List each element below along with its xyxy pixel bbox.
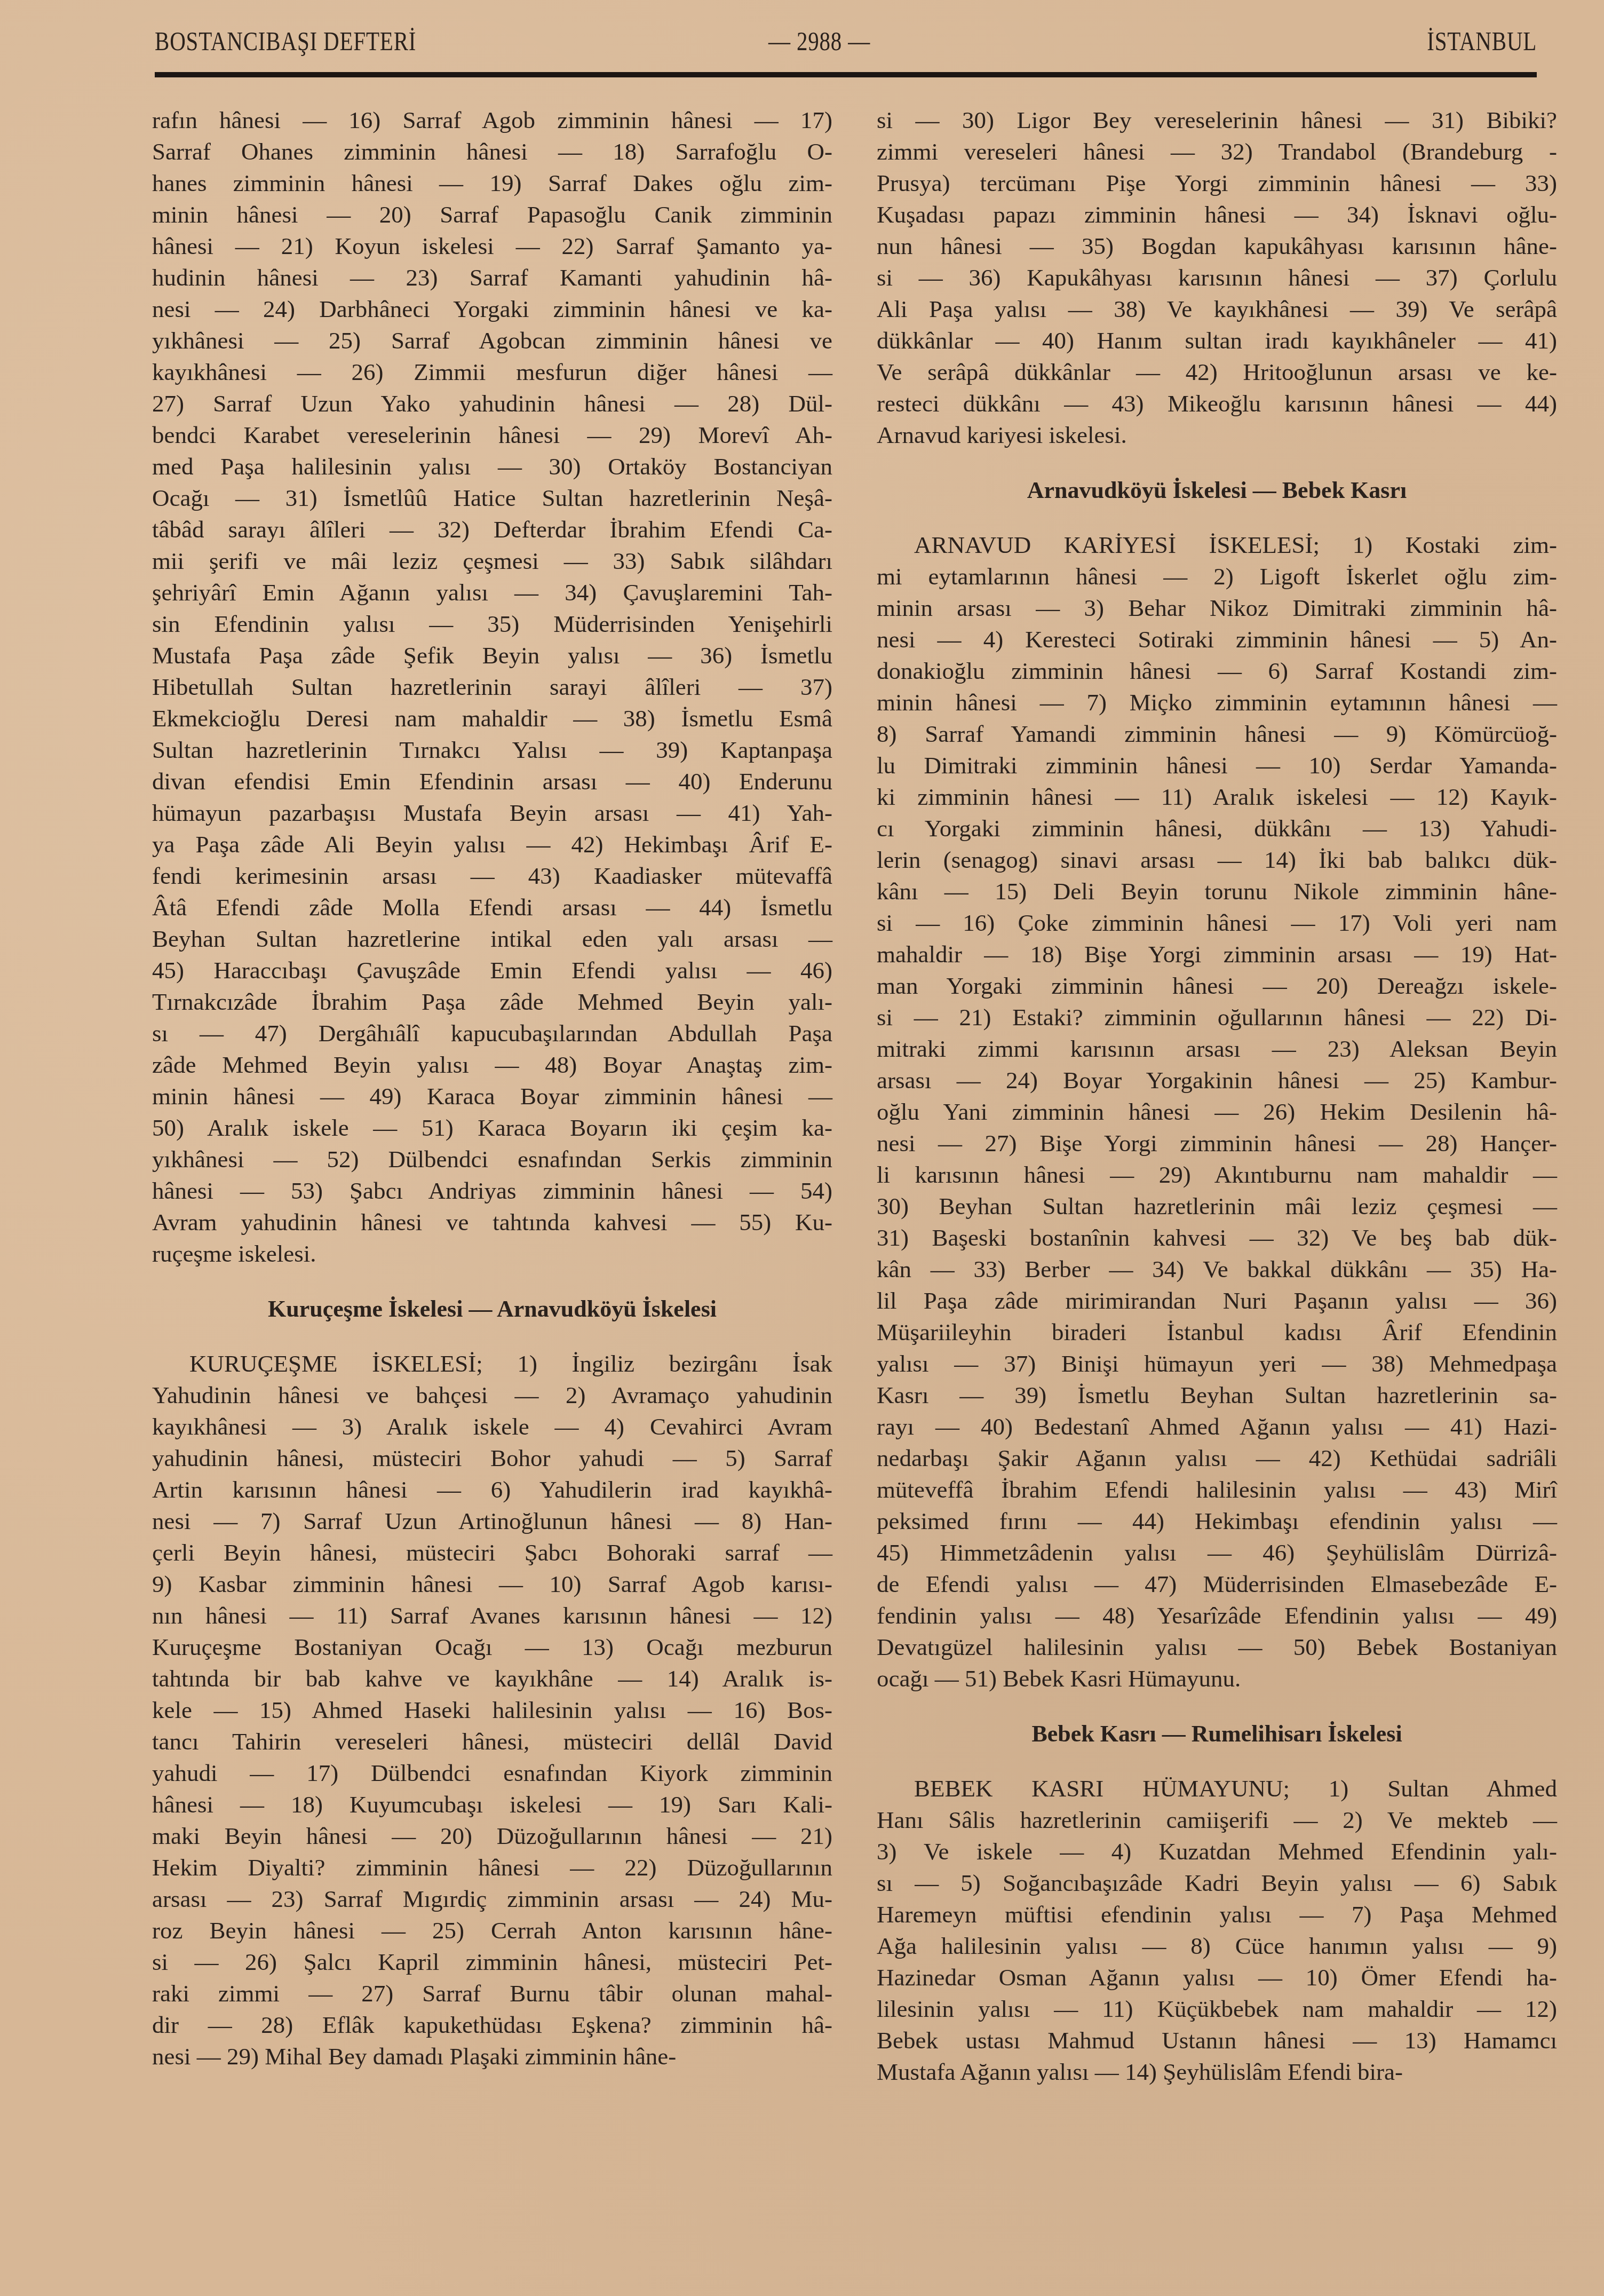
text-line: Prusya) tercümanı Pişe Yorgi zimminin hâ… [877,168,1557,199]
text-line: si — 21) Estaki? zimminin oğullarının hâ… [877,1002,1557,1033]
text-line: minin hânesi — 49) Karaca Boyar zimminin… [152,1081,832,1112]
text-line: man Yorgaki zimminin hânesi — 20) Dereağ… [877,970,1557,1002]
section-heading-arnavudkoyu-bebek: Arnavudköyü İskelesi — Bebek Kasrı [877,474,1557,506]
text-line: nesi — 24) Darbhâneci Yorgaki zimminin h… [152,294,832,325]
text-line: nesi — 27) Bişe Yorgi zimminin hânesi — … [877,1128,1557,1159]
text-line: nesi — 4) Keresteci Sotiraki zimminin hâ… [877,624,1557,655]
text-line: BEBEK KASRI HÜMAYUNU; 1) Sultan Ahmed [877,1773,1557,1804]
text-line: Beyhan Sultan hazretlerine intikal eden … [152,923,832,955]
text-line: li karısının hânesi — 29) Akıntıburnu na… [877,1159,1557,1191]
text-line: hânesi — 21) Koyun iskelesi — 22) Sarraf… [152,231,832,262]
text-line: Ocağı — 31) İsmetlûû Hatice Sultan hazre… [152,482,832,514]
text-line: resteci dükkânı — 43) Mikeoğlu karısının… [877,388,1557,419]
text-line: arsası — 24) Boyar Yorgakinin hânesi — 2… [877,1065,1557,1096]
text-line: 45) Haraccıbaşı Çavuşzâde Emin Efendi ya… [152,955,832,986]
text-line: KURUÇEŞME İSKELESİ; 1) İngiliz bezirgânı… [152,1348,832,1380]
text-line: Hibetullah Sultan hazretlerinin sarayi â… [152,671,832,703]
text-line: Mustafa Ağanın yalısı — 14) Şeyhülislâm … [877,2056,1557,2088]
text-line: yalısı — 37) Binişi hümayun yeri — 38) M… [877,1348,1557,1380]
text-line: yıkhânesi — 25) Sarraf Agobcan zimminin … [152,325,832,357]
text-line: Avram yahudinin hânesi ve tahtında kahve… [152,1207,832,1238]
text-line: Ve serâpâ dükkânlar — 42) Hritooğlunun a… [877,357,1557,388]
text-line: dükkânlar — 40) Hanım sultan iradı kayık… [877,325,1557,357]
text-line: minin hânesi — 20) Sarraf Papasoğlu Cani… [152,199,832,231]
text-line: 9) Kasbar zimminin hânesi — 10) Sarraf A… [152,1569,832,1600]
book-title: BOSTANCIBAŞI DEFTERİ [155,26,416,57]
text-line: Tırnakcızâde İbrahim Paşa zâde Mehmed Be… [152,986,832,1018]
text-line: Mustafa Paşa zâde Şefik Beyin yalısı — 3… [152,640,832,671]
text-line: Âtâ Efendi zâde Molla Efendi arsası — 44… [152,892,832,923]
text-line: nun hânesi — 35) Bogdan kapukâhyası karı… [877,231,1557,262]
text-line: kânı — 15) Deli Beyin torunu Nikole zimm… [877,876,1557,907]
text-line: 31) Başeski bostanînin kahvesi — 32) Ve … [877,1222,1557,1254]
text-line: oğlu Yani zimminin hânesi — 26) Hekim De… [877,1096,1557,1128]
running-header: BOSTANCIBAŞI DEFTERİ — 2988 — İSTANBUL [155,26,1537,68]
text-line: lu Dimitraki zimminin hânesi — 10) Serda… [877,750,1557,781]
text-line: mitraki zimmi karısının arsası — 23) Ale… [877,1033,1557,1065]
text-line: si — 36) Kapukâhyası karısının hânesi — … [877,262,1557,294]
text-line: ARNAVUD KARİYESİ İSKELESİ; 1) Kostaki zi… [877,529,1557,561]
text-line: rayı — 40) Bedestanî Ahmed Ağanın yalısı… [877,1411,1557,1443]
text-line: kayıkhânesi — 26) Zimmii mesfurun diğer … [152,357,832,388]
text-line: çerli Beyin hânesi, müsteciri Şabcı Boho… [152,1537,832,1569]
text-line: nesi — 7) Sarraf Uzun Artinoğlunun hânes… [152,1506,832,1537]
text-line: Sultan hazretlerinin Tırnakcı Yalısı — 3… [152,734,832,766]
text-line: si — 16) Çoke zimminin hânesi — 17) Voli… [877,907,1557,939]
text-line: 30) Beyhan Sultan hazretlerinin mâi lezi… [877,1191,1557,1222]
text-line: arsası — 23) Sarraf Mıgırdiç zimminin ar… [152,1883,832,1915]
text-line: Devatıgüzel halilesinin yalısı — 50) Beb… [877,1632,1557,1663]
text-line: peksimed fırını — 44) Hekimbaşı efendini… [877,1506,1557,1537]
text-line: roz Beyin hânesi — 25) Cerrah Anton karı… [152,1915,832,1946]
text-line: yahudinin hânesi, müsteciri Bohor yahudi… [152,1443,832,1474]
text-line: nesi — 29) Mihal Bey damadı Plaşaki zimm… [152,2041,832,2072]
text-line: hânesi — 18) Kuyumcubaşı iskelesi — 19) … [152,1789,832,1820]
text-line: hudinin hânesi — 23) Sarraf Kamanti yahu… [152,262,832,294]
text-line: müteveffâ İbrahim Efendi halilesinin yal… [877,1474,1557,1506]
text-line: 50) Aralık iskele — 51) Karaca Boyarın i… [152,1112,832,1144]
text-line: Bebek ustası Mahmud Ustanın hânesi — 13)… [877,2025,1557,2056]
text-line: maki Beyin hânesi — 20) Düzoğullarının h… [152,1820,832,1852]
text-line: Arnavud kariyesi iskelesi. [877,419,1557,451]
text-line: 45) Himmetzâdenin yalısı — 46) Şeyhülisl… [877,1537,1557,1569]
text-line: donakioğlu zimminin hânesi — 6) Sarraf K… [877,655,1557,687]
text-line: dir — 28) Eflâk kapukethüdası Eşkena? zi… [152,2009,832,2041]
text-line: mii şerifi ve mâi leziz çeşmesi — 33) Sa… [152,545,832,577]
text-line: nedarbaşı Şakir Ağanın yalısı — 42) Keth… [877,1443,1557,1474]
text-line: sı — 5) Soğancıbaşızâde Kadri Beyin yalı… [877,1867,1557,1899]
text-line: fendi kerimesinin arsası — 43) Kaadiaske… [152,860,832,892]
text-line: 8) Sarraf Yamandi zimminin hânesi — 9) K… [877,718,1557,750]
left-column: rafın hânesi — 16) Sarraf Agob zimminin … [152,105,832,2072]
section-heading-bebek-rumelihisari: Bebek Kasrı — Rumelihisarı İskelesi [877,1718,1557,1749]
text-line: lil Paşa zâde mirimirandan Nuri Paşanın … [877,1285,1557,1317]
text-line: Yahudinin hânesi ve bahçesi — 2) Avramaç… [152,1380,832,1411]
text-line: kân — 33) Berber — 34) Ve bakkal dükkânı… [877,1254,1557,1285]
text-line: hânesi — 53) Şabcı Andriyas zimminin hân… [152,1175,832,1207]
text-line: tahtında bir bab kahve ve kayıkhâne — 14… [152,1663,832,1695]
text-line: Müşariileyhin biraderi İstanbul kadısı Â… [877,1317,1557,1348]
text-line: bendci Karabet vereselerinin hânesi — 29… [152,419,832,451]
text-line: Artin karısının hânesi — 6) Yahudilerin … [152,1474,832,1506]
text-line: rafın hânesi — 16) Sarraf Agob zimminin … [152,105,832,136]
text-line: 27) Sarraf Uzun Yako yahudinin hânesi — … [152,388,832,419]
text-line: nın hânesi — 11) Sarraf Avanes karısının… [152,1600,832,1632]
text-line: ruçeşme iskelesi. [152,1238,832,1270]
text-line: 3) Ve iskele — 4) Kuzatdan Mehmed Efendi… [877,1836,1557,1867]
text-line: si — 30) Ligor Bey vereselerinin hânesi … [877,105,1557,136]
text-line: si — 26) Şalcı Kapril zimminin hânesi, m… [152,1946,832,1978]
text-line: Kuşadası papazı zimminin hânesi — 34) İs… [877,199,1557,231]
text-line: kayıkhânesi — 3) Aralık iskele — 4) Ceva… [152,1411,832,1443]
header-rule [155,72,1537,77]
text-line: Kuruçeşme Bostaniyan Ocağı — 13) Ocağı m… [152,1632,832,1663]
text-line: Sarraf Ohanes zimminin hânesi — 18) Sarr… [152,136,832,168]
volume-location: İSTANBUL [1427,26,1537,57]
text-line: şehriyârî Emin Ağanın yalısı — 34) Çavuş… [152,577,832,608]
text-line: lerin (senagog) sinavi arsası — 14) İki … [877,844,1557,876]
text-line: zimmi vereseleri hânesi — 32) Trandabol … [877,136,1557,168]
text-line: ya Paşa zâde Ali Beyin yalısı — 42) Heki… [152,829,832,860]
text-line: sı — 47) Dergâhıâlî kapucubaşılarından A… [152,1018,832,1049]
text-line: Ekmekcioğlu Deresi nam mahaldir — 38) İs… [152,703,832,734]
text-line: tâbâd sarayı âlîleri — 32) Defterdar İbr… [152,514,832,545]
text-line: sin Efendinin yalısı — 35) Müderrisinden… [152,608,832,640]
text-line: mahaldir — 18) Bişe Yorgi zimminin arsas… [877,939,1557,970]
text-line: divan efendisi Emin Efendinin arsası — 4… [152,766,832,797]
text-line: Ali Paşa yalısı — 38) Ve kayıkhânesi — 3… [877,294,1557,325]
text-line: med Paşa halilesinin yalısı — 30) Ortakö… [152,451,832,482]
text-line: minin hânesi — 7) Miçko zimminin eytamın… [877,687,1557,718]
text-line: fendinin yalısı — 48) Yesarîzâde Efendin… [877,1600,1557,1632]
text-line: lilesinin yalısı — 11) Küçükbebek nam ma… [877,1993,1557,2025]
text-line: kele — 15) Ahmed Haseki halilesinin yalı… [152,1695,832,1726]
text-line: Kasrı — 39) İsmetlu Beyhan Sultan hazret… [877,1380,1557,1411]
text-line: raki zimmi — 27) Sarraf Burnu tâbir olun… [152,1978,832,2009]
section-heading-kurucesme-arnavudkoyu: Kuruçeşme İskelesi — Arnavudköyü İskeles… [152,1293,832,1325]
right-block-3: BEBEK KASRI HÜMAYUNU; 1) Sultan AhmedHan… [877,1773,1557,2088]
text-line: Hanı Sâlis hazretlerinin camiişerifi — 2… [877,1804,1557,1836]
text-line: ocağı — 51) Bebek Kasri Hümayunu. [877,1663,1557,1695]
text-line: yahudi — 17) Dülbendci esnafından Kiyork… [152,1757,832,1789]
left-block-2: KURUÇEŞME İSKELESİ; 1) İngiliz bezirgânı… [152,1348,832,2072]
page-number: — 2988 — [768,26,870,57]
text-line: yıkhânesi — 52) Dülbendci esnafından Ser… [152,1144,832,1175]
text-line: Hazinedar Osman Ağanın yalısı — 10) Ömer… [877,1962,1557,1993]
text-line: cı Yorgaki zimminin hânesi, dükkânı — 13… [877,813,1557,844]
text-line: minin arsası — 3) Behar Nikoz Dimitraki … [877,592,1557,624]
right-block-2: ARNAVUD KARİYESİ İSKELESİ; 1) Kostaki zi… [877,529,1557,1695]
text-line: Ağa halilesinin yalısı — 8) Cüce hanımın… [877,1930,1557,1962]
text-line: tancı Tahirin vereseleri hânesi, müsteci… [152,1726,832,1757]
right-column: si — 30) Ligor Bey vereselerinin hânesi … [877,105,1557,2088]
text-line: Hekim Diyalti? zimminin hânesi — 22) Düz… [152,1852,832,1883]
left-block-1: rafın hânesi — 16) Sarraf Agob zimminin … [152,105,832,1270]
text-line: zâde Mehmed Beyin yalısı — 48) Boyar Ana… [152,1049,832,1081]
right-block-1: si — 30) Ligor Bey vereselerinin hânesi … [877,105,1557,451]
text-line: ki zimminin hânesi — 11) Aralık iskelesi… [877,781,1557,813]
text-line: hanes zimminin hânesi — 19) Sarraf Dakes… [152,168,832,199]
text-line: de Efendi yalısı — 47) Müderrisinden Elm… [877,1569,1557,1600]
text-line: hümayun pazarbaşısı Mustafa Beyin arsası… [152,797,832,829]
text-line: mi eytamlarının hânesi — 2) Ligoft İsker… [877,561,1557,592]
text-line: Haremeyn müftisi efendinin yalısı — 7) P… [877,1899,1557,1930]
